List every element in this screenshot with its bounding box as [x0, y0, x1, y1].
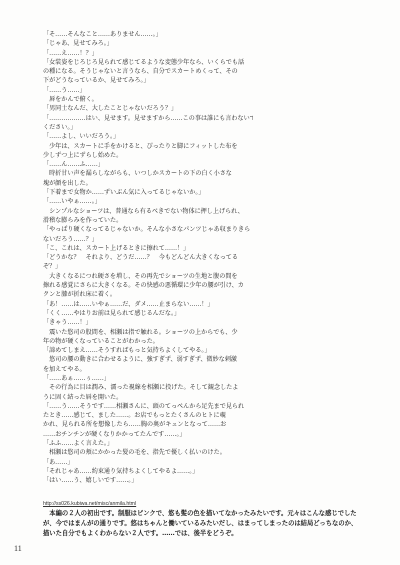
story-line: 少しずつ上にずらし始めた。 [43, 151, 253, 160]
story-line: 唇をかんで俯く。 [43, 95, 253, 104]
story-line: 滑稽な膨らみを作っていた。 [43, 216, 253, 225]
story-line: 悠司の腰の動きに合わせるように、強すぎず、弱すぎず、微妙な刺激 [43, 355, 253, 364]
story-line: 「諦めてしまえ……そうすればもっと気持ちよくしてやる。」 [43, 346, 253, 355]
story-line: 「きゃう……！」 [43, 318, 253, 327]
story-line: 「こ、これは、スカート上げるときに擦れて……！」 [43, 244, 253, 253]
story-line: 大きくなるにつれ硬さを増し、その再先でショーツの生地と腹の間を [43, 272, 253, 281]
story-line: 「ふふ……よく言えた。」 [43, 439, 253, 448]
story-line: の種になる。そうじゃないと言うなら、自分でスカートめくって、その [43, 67, 253, 76]
story-line: 「……ん……ふ……」 [43, 160, 253, 169]
story-line: 「じゃあ、見せてみろ。」 [43, 39, 253, 48]
story-line: 「……う……そうです……相瀬さんに、頭のてっぺんから足先まで見られ [43, 402, 253, 411]
story-line: 下がどうなっているか、見せてみろ。」 [43, 76, 253, 85]
afterword-block: http://ss026.kubiwa.net/misc/anmila.html… [43, 500, 363, 539]
story-line: 「くく……やはりお前は見られて感じるんだな。」 [43, 309, 253, 318]
story-text-block: 「そ……そんなこと……ありません……。」 「じゃあ、見せてみろ。」 「……え……… [43, 30, 253, 486]
story-line: その行為に目は潤み、濡った視線を相瀬に投げた。そして観念したよ [43, 383, 253, 392]
story-line: たとき……感じて、ました……。お店でもっとたくさんのヒトに覗 [43, 411, 253, 420]
story-line: 「はい……う、嬉しいです……。」 [43, 476, 253, 485]
story-line: 「やっぱり硬くなってるじゃないか。そんな小さなパンツじゃあ収まりきら [43, 225, 253, 234]
story-line: クンと膝が折れ床に着く。 [43, 290, 253, 299]
story-line: ぞ？」 [43, 262, 253, 271]
story-line: 年の物が硬くなっていることがわかった。 [43, 337, 253, 346]
page-number: 11 [14, 544, 22, 553]
story-line: を加えてやる。 [43, 365, 253, 374]
story-line: ……おチンチンが硬くなりかかってたんです……。」 [43, 430, 253, 439]
story-line: うに固く結った唇を開いた。 [43, 393, 253, 402]
story-line: 「どうかな？ それより、どうだ……？ 今もどんどん大きくなってる [43, 253, 253, 262]
story-line: 「……う……」 [43, 86, 253, 95]
story-line: かれ、見られる所を想像したら……胸の奥がキュンとなって……お [43, 420, 253, 429]
story-line: 塊が顔を出した。 [43, 179, 253, 188]
story-line: 「……あぁ……ぅ……」 [43, 374, 253, 383]
story-line: 「それじゃあ……約束通り気持ちよくしてやるよ……。」 [43, 467, 253, 476]
story-line: 相瀬は悠司の頬にかかった髪の毛を、指先で優しく払いのけた。 [43, 448, 253, 457]
story-line: 震いた悠司の股間を、相瀬は指で触れる。ショーツの上からでも、少 [43, 328, 253, 337]
afterword-line: 本編の２人の初出です。制服はピンクで、悠も髪の色を描いてなかったみたいです。元々… [43, 509, 363, 519]
story-line: 「女装姿をじろじろ見られて感じてるような変態少年なら、いくらでも話 [43, 58, 253, 67]
story-line: 「男同士なんだ、大したことじゃないだろう？」 [43, 104, 253, 113]
story-line: 「あ……」 [43, 458, 253, 467]
story-line: 「あ！……は……いやぁ……だ、ダメ……止まらない……！」 [43, 300, 253, 309]
story-line: 「……よし、いいだろう。」 [43, 132, 253, 141]
story-line: 少年は、スカートに手をかけると、ぴったりと脚にフィットした布を [43, 142, 253, 151]
story-line: 「………………はい、見せます。見せますから……この事は誰にも言わないで [43, 114, 253, 123]
story-line: 時折甘い声を漏らしながらも、いつしかスカートの下の白く小さな [43, 169, 253, 178]
story-line: ください。」 [43, 123, 253, 132]
story-line: ないだろう……？」 [43, 235, 253, 244]
story-line: 擦れる感覚にさらに大きくなる。その快感の悪循環に少年の腰が引け、カ [43, 281, 253, 290]
afterword-line: 描いた自分でもよくわからない２人です。……では、後半をどうぞ。 [43, 529, 363, 539]
story-line: 「……いやぁ……。」 [43, 197, 253, 206]
story-line: 「下着まで女物か……ずいぶん気に入ってるじゃないか。」 [43, 188, 253, 197]
afterword-url-link[interactable]: http://ss026.kubiwa.net/misc/anmila.html [43, 500, 363, 509]
afterword-line: が、今ではまんがの通りです。悠はちゃんと働いているみたいだし、はまってしまったの… [43, 519, 363, 529]
story-line: 「そ……そんなこと……ありません……。」 [43, 30, 253, 39]
story-line: 「……え……！？」 [43, 49, 253, 58]
story-line: シンプルなショーツは、普通なら有るべきでない物体に押し上げられ、 [43, 207, 253, 216]
